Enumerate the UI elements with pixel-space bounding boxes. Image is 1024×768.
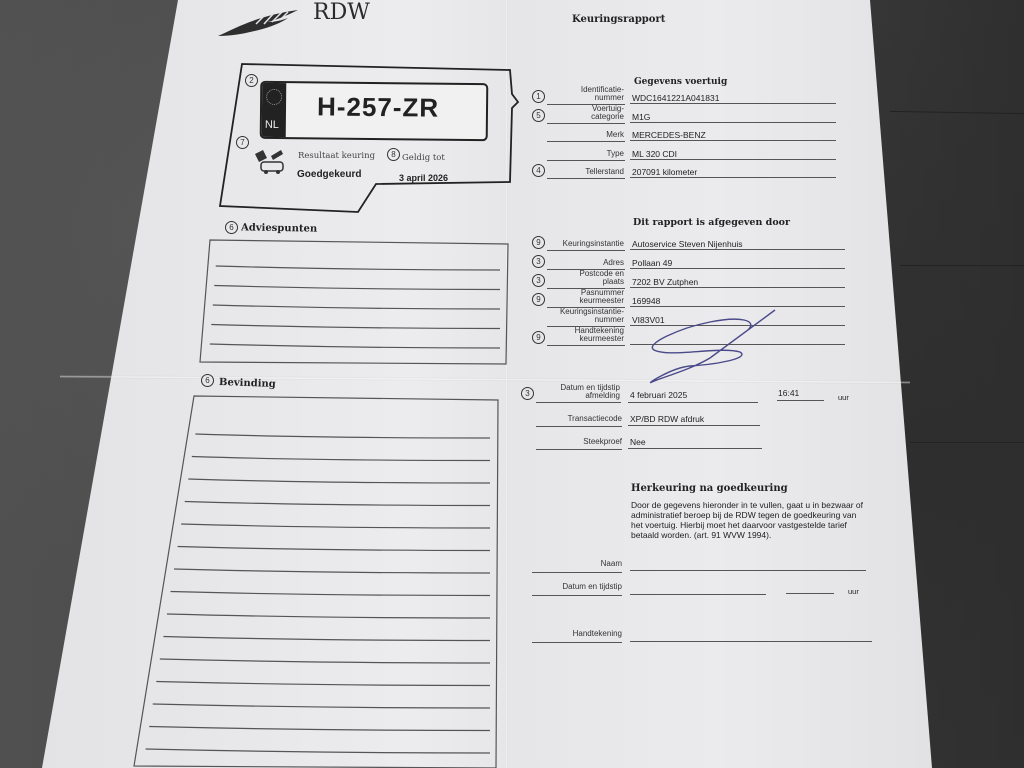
reinspection-notice: Door de gegevens hieronder in te vullen,… [631, 500, 863, 540]
field-badge: 2 [245, 74, 258, 87]
vehicle-field-value: ML 320 CDI [632, 149, 677, 159]
eu-stars-icon [266, 89, 282, 105]
issuer-field-value: Pollaan 49 [632, 258, 672, 268]
country-code: NL [265, 119, 279, 131]
issuer-field-label: Handtekening keurmeester [535, 327, 624, 343]
issuer-field-value: Autoservice Steven Nijenhuis [632, 239, 743, 249]
field-badge: 8 [387, 148, 400, 161]
tile-seam [910, 442, 1024, 443]
issuer-field-label: Postcode en plaats [535, 270, 624, 286]
transaction-code-label: Transactiecode [530, 415, 622, 423]
reinspection-date-field[interactable] [630, 594, 766, 595]
reinspection-signature-field[interactable] [630, 641, 872, 642]
approved-car-icon [253, 148, 289, 176]
advice-section-title: Adviespunten [241, 222, 317, 234]
field-badge: 7 [236, 136, 249, 149]
eu-flag-icon: NL [262, 83, 287, 137]
reinspection-signature-label: Handtekening [530, 630, 622, 638]
time-unit: uur [848, 587, 859, 596]
issuer-field-label: Pasnummer keurmeester [535, 289, 624, 305]
vehicle-field-label: Type [535, 150, 624, 158]
field-badge: 6 [225, 221, 238, 234]
findings-lines-box [130, 392, 506, 768]
issuer-field-value: 7202 BV Zutphen [632, 277, 698, 287]
time-unit: uur [838, 393, 849, 402]
result-value: Goedgekeurd [297, 169, 361, 180]
tile-seam [900, 265, 1024, 266]
vehicle-field-label: Merk [535, 131, 624, 139]
registration-date-label: Datum en tijdstip afmelding [530, 384, 620, 400]
license-plate: NL H-257-ZR [260, 81, 489, 141]
issuer-field-value: 169948 [632, 296, 660, 306]
inspector-signature [640, 308, 780, 388]
vehicle-field-value: M1G [632, 112, 650, 122]
rdw-logo-icon [216, 6, 300, 38]
registration-date-value: 4 februari 2025 [630, 390, 687, 400]
plate-number: H-257-ZR [317, 91, 439, 123]
transaction-code-value: XP/BD RDW afdruk [630, 414, 704, 424]
sample-check-label: Steekproef [530, 438, 622, 446]
reinspection-datetime-label: Datum en tijdstip [530, 583, 622, 591]
report-title: Keuringsrapport [572, 14, 665, 25]
findings-section-title: Bevinding [219, 377, 276, 390]
rdw-org-name: RDW [313, 0, 370, 25]
vehicle-field-label: Tellerstand [535, 168, 624, 176]
issuer-section-title: Dit rapport is afgegeven door [633, 217, 790, 228]
registration-time-value: 16:41 [778, 388, 799, 398]
valid-until-value: 3 april 2026 [399, 173, 448, 183]
issuer-field-label: Keuringsinstantie [535, 240, 624, 248]
vehicle-field-value: 207091 kilometer [632, 167, 697, 177]
advice-lines-box [196, 236, 512, 368]
reinspection-name-label: Naam [530, 560, 622, 568]
issuer-field-label: Adres [535, 259, 624, 267]
vehicle-field-value: WDC1641221A041831 [632, 93, 719, 103]
reinspection-name-field[interactable] [630, 570, 866, 571]
reinspection-time-field[interactable] [786, 593, 834, 594]
field-badge: 6 [201, 374, 214, 387]
issuer-field-label: Keuringsinstantie- nummer [535, 308, 624, 324]
vehicle-field-label: Voertuig- categorie [535, 105, 624, 121]
valid-until-label: Geldig tot [402, 153, 445, 163]
sample-check-value: Nee [630, 437, 646, 447]
vehicle-field-label: Identificatie- nummer [535, 86, 624, 102]
result-label: Resultaat keuring [298, 151, 375, 161]
vehicle-field-value: MERCEDES-BENZ [632, 130, 706, 140]
reinspection-section-title: Herkeuring na goedkeuring [631, 483, 788, 494]
vehicle-section-title: Gegevens voertuig [634, 77, 727, 87]
